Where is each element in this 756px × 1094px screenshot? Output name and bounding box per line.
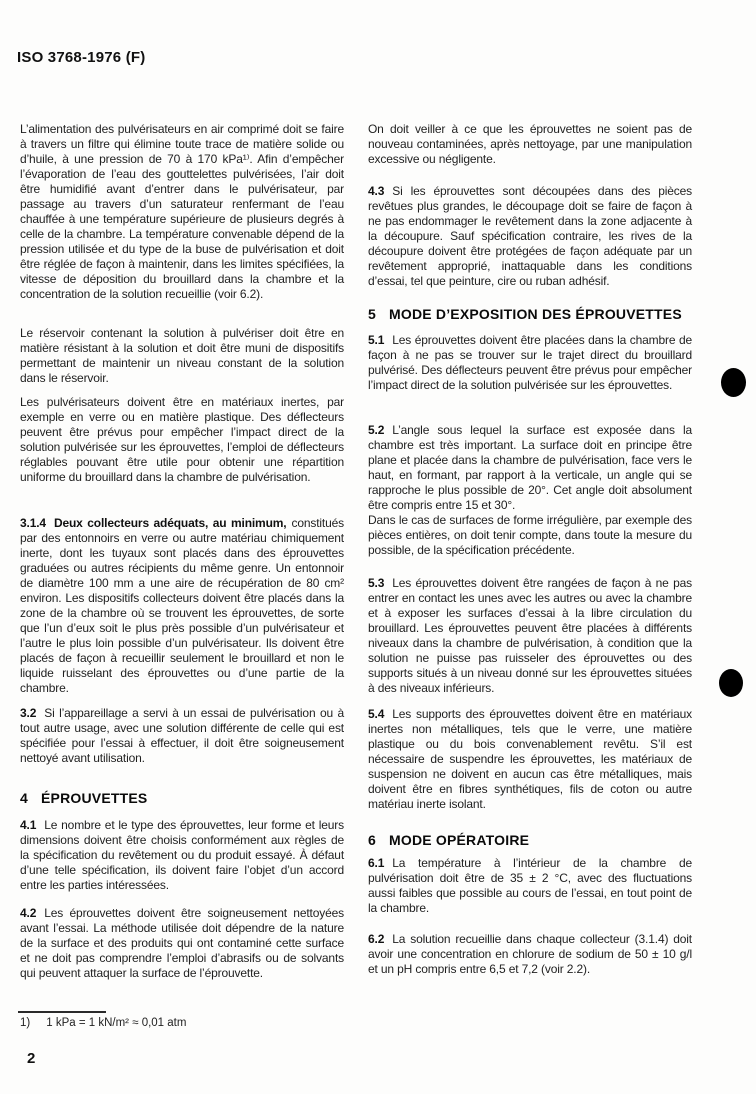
clause-5-2: 5.2L’angle sous lequel la surface est ex… [368, 423, 692, 558]
footnote-text: 1 kPa = 1 kN/m² ≈ 0,01 atm [46, 1017, 186, 1029]
section-5-heading: 5MODE D’EXPOSITION DES ÉPROUVETTES [368, 306, 692, 322]
clause-4-3: 4.3Si les éprouvettes sont découpées dan… [368, 184, 692, 289]
clause-number: 4.3 [368, 184, 384, 198]
paragraph-air-supply: L’alimentation des pulvérisateurs en air… [20, 122, 344, 302]
clause-4-1: 4.1Le nombre et le type des éprouvettes,… [20, 818, 344, 893]
clause-text: La température à l’intérieur de la chamb… [368, 856, 692, 915]
paragraph-reservoir: Le réservoir contenant la solution à pul… [20, 326, 344, 386]
clause-text: Le nombre et le type des éprouvettes, le… [20, 818, 344, 892]
clause-number: 6.2 [368, 932, 384, 946]
clause-text: Si les éprouvettes sont découpées dans d… [368, 184, 692, 288]
clause-3-1-4: 3.1.4Deux collecteurs adéquats, au minim… [20, 516, 344, 696]
clause-6-1: 6.1La température à l’intérieur de la ch… [368, 856, 692, 916]
clause-5-3: 5.3Les éprouvettes doivent être rangées … [368, 576, 692, 696]
clause-text: Si l’appareillage a servi à un essai de … [20, 706, 344, 765]
clause-number: 5.1 [368, 333, 384, 347]
clause-number: 5.2 [368, 423, 384, 437]
clause-bold-lead: Deux collecteurs adéquats, au minimum, [54, 516, 287, 530]
clause-text: L’angle sous lequel la surface est expos… [368, 423, 692, 512]
clause-3-2: 3.2Si l’appareillage a servi à un essai … [20, 706, 344, 766]
clause-text-continuation: Dans le cas de surfaces de forme irrégul… [368, 513, 692, 557]
clause-number: 5.3 [368, 576, 384, 590]
section-title: MODE D’EXPOSITION DES ÉPROUVETTES [389, 306, 682, 322]
left-column: L’alimentation des pulvérisateurs en air… [20, 0, 344, 1094]
clause-5-4: 5.4Les supports des éprouvettes doivent … [368, 707, 692, 812]
clause-text: Les éprouvettes doivent être rangées de … [368, 576, 692, 695]
clause-number: 3.2 [20, 706, 36, 720]
section-title: ÉPROUVETTES [41, 790, 147, 806]
clause-5-1: 5.1Les éprouvettes doivent être placées … [368, 333, 692, 393]
clause-text: Les éprouvettes doivent être placées dan… [368, 333, 692, 392]
clause-text: Les supports des éprouvettes doivent êtr… [368, 707, 692, 811]
clause-number: 5.4 [368, 707, 384, 721]
section-6-heading: 6MODE OPÉRATOIRE [368, 832, 692, 848]
clause-number: 6.1 [368, 856, 384, 870]
punch-hole-mark-top-icon [721, 368, 746, 397]
clause-number: 4.1 [20, 818, 36, 832]
clause-6-2: 6.2La solution recueillie dans chaque co… [368, 932, 692, 977]
footnote-marker: 1) [20, 1017, 30, 1029]
section-number: 6 [368, 832, 376, 848]
section-number: 5 [368, 306, 376, 322]
section-title: MODE OPÉRATOIRE [389, 832, 529, 848]
clause-4-2: 4.2Les éprouvettes doivent être soigneus… [20, 906, 344, 981]
page-number: 2 [27, 1050, 35, 1067]
clause-text: Les éprouvettes doivent être soigneuseme… [20, 906, 344, 980]
paragraph-sprayers: Les pulvérisateurs doivent être en matér… [20, 395, 344, 485]
paragraph-recontamination: On doit veiller à ce que les éprouvettes… [368, 122, 692, 167]
footnote: 1)1 kPa = 1 kN/m² ≈ 0,01 atm [20, 1017, 186, 1029]
document-page: ISO 3768-1976 (F) L’alimentation des pul… [0, 0, 756, 1094]
clause-text: La solution recueillie dans chaque colle… [368, 932, 692, 976]
clause-number: 4.2 [20, 906, 36, 920]
clause-number: 3.1.4 [20, 516, 46, 530]
right-column: On doit veiller à ce que les éprouvettes… [368, 0, 692, 1094]
section-number: 4 [20, 790, 28, 806]
footnote-rule [18, 1011, 106, 1013]
punch-hole-mark-bottom-icon [719, 669, 743, 697]
clause-text: constitués par des entonnoirs en verre o… [20, 516, 344, 695]
section-4-heading: 4ÉPROUVETTES [20, 790, 344, 806]
